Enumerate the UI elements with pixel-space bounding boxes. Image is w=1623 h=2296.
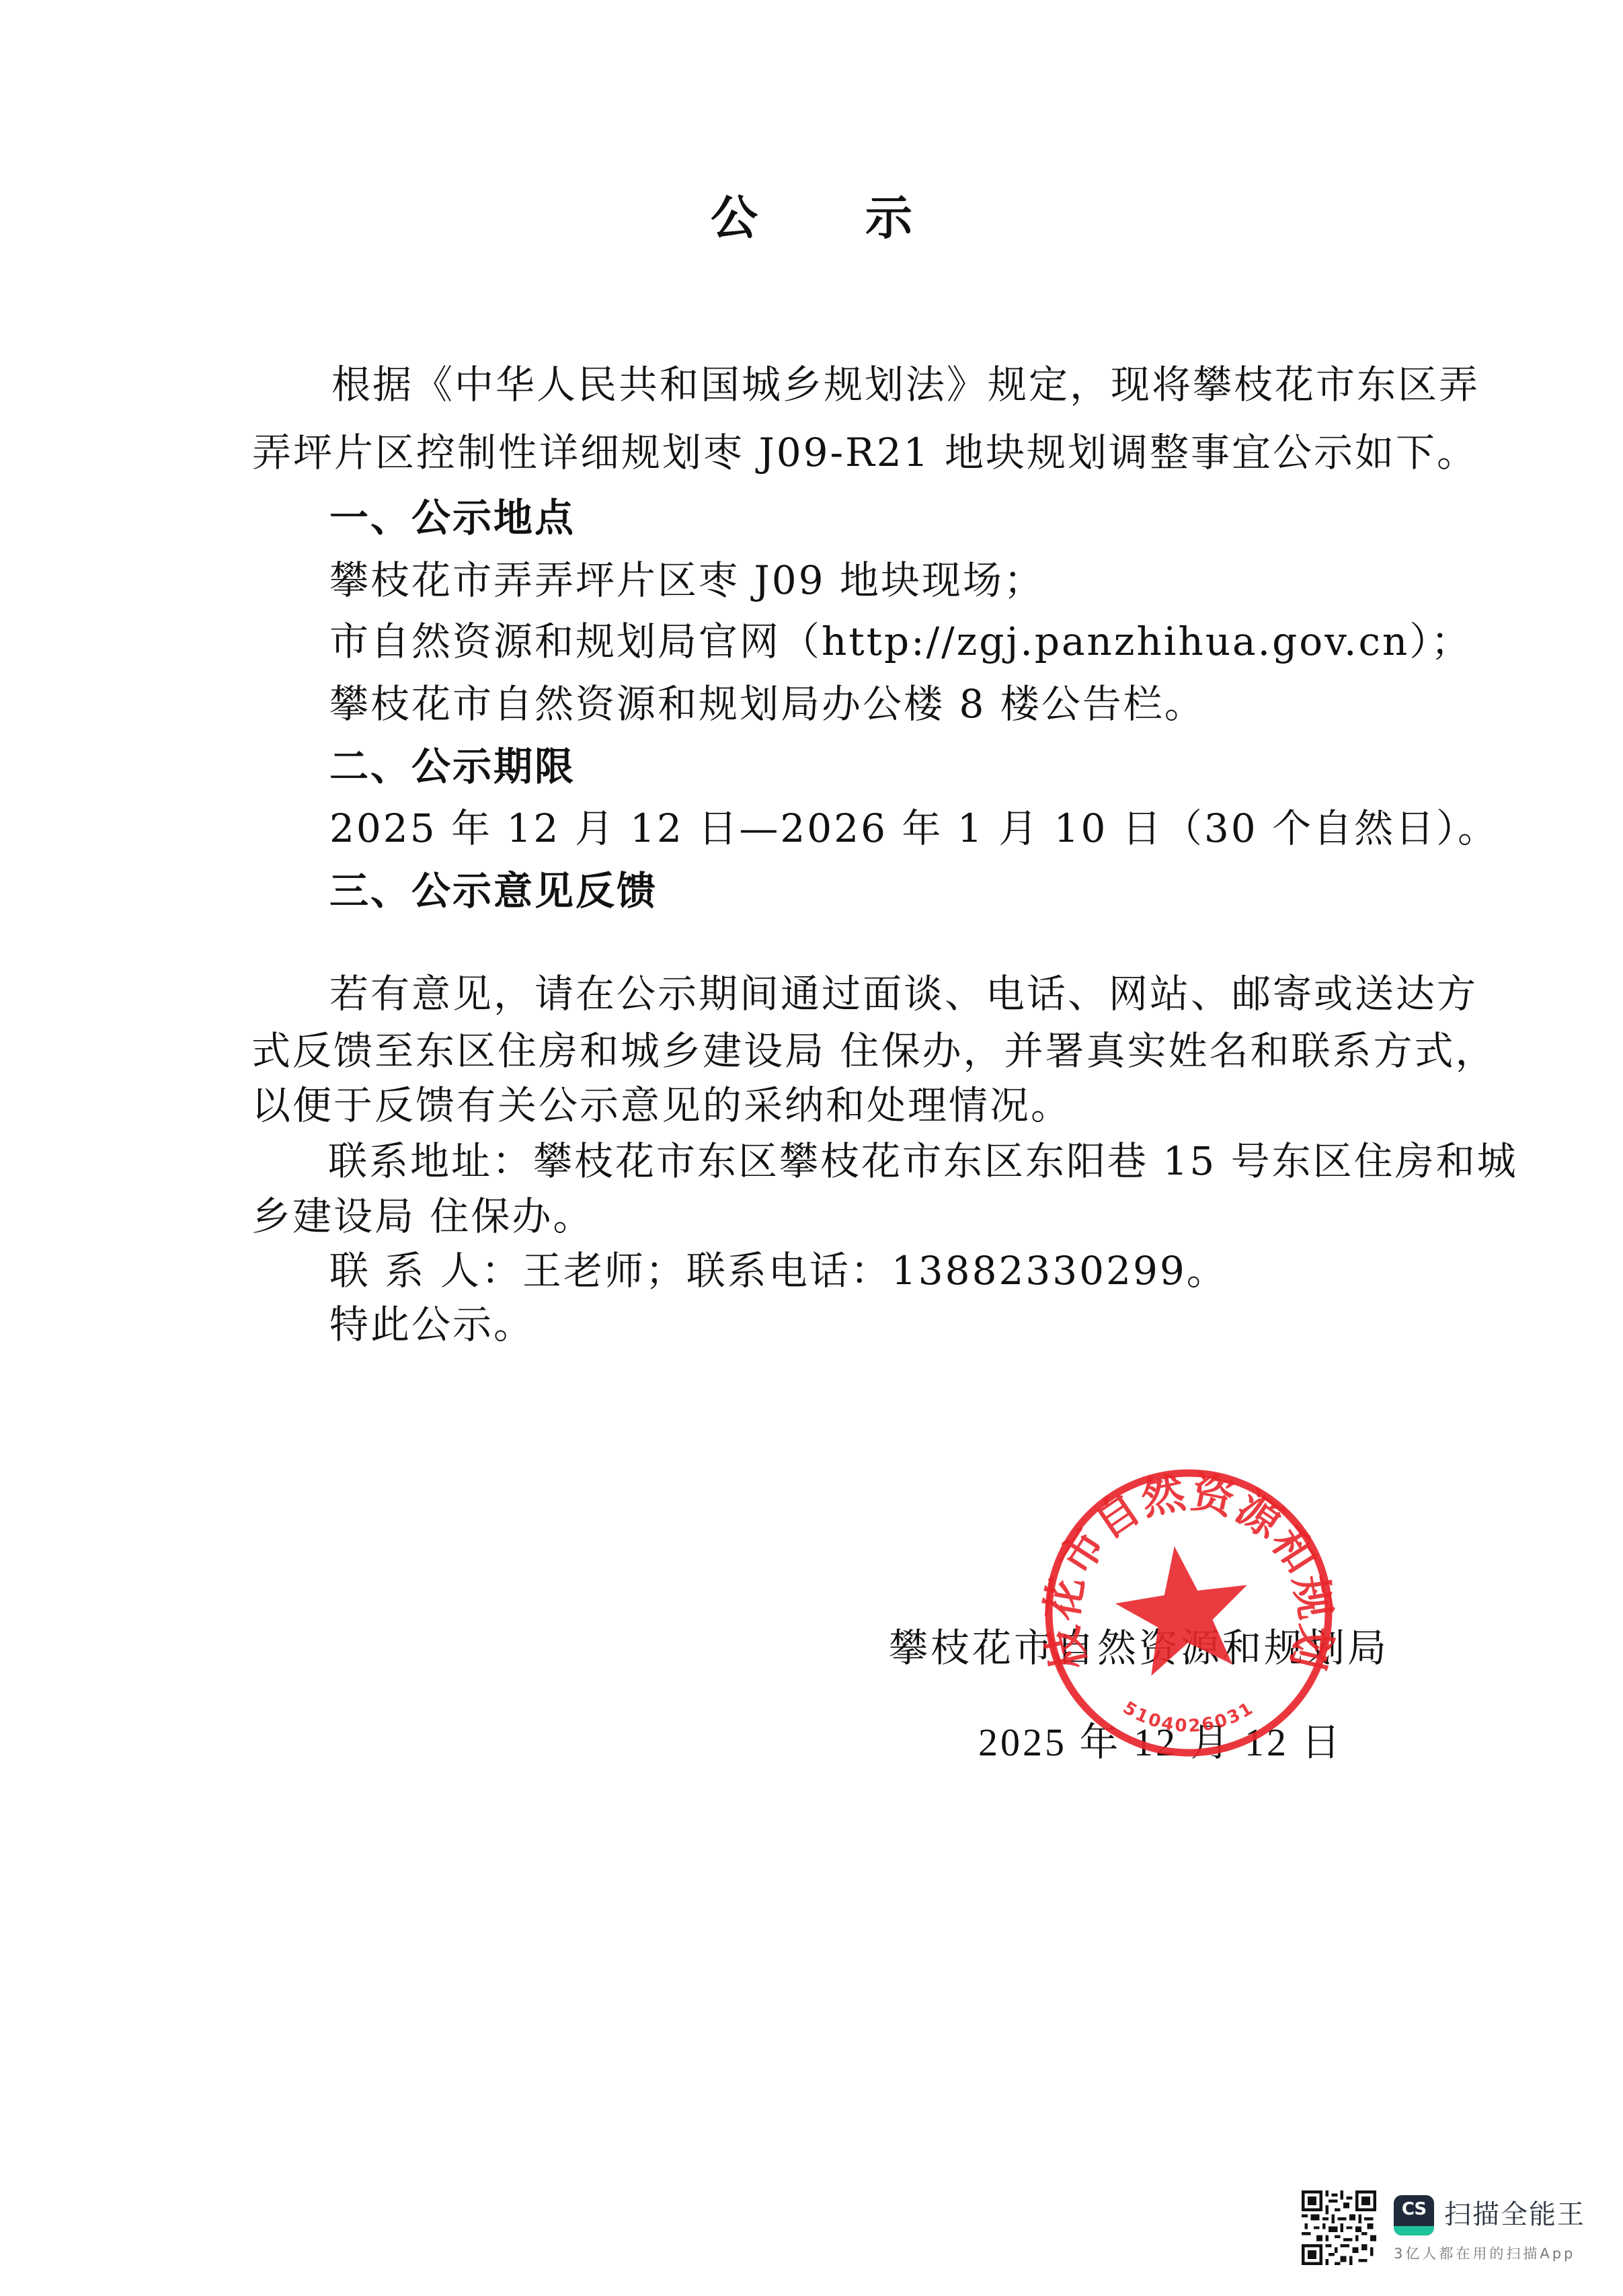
location-item-website: 市自然资源和规划局官网（http://zgj.panzhihua.gov.cn）… — [329, 618, 1472, 665]
location-item-bulletin-board: 攀枝花市自然资源和规划局办公楼 8 楼公告栏。 — [329, 680, 1205, 727]
section-heading-location: 一、公示地点 — [329, 494, 576, 541]
notice-page: 公示 根据《中华人民共和国城乡规划法》规定，现将攀枝花市东区弄 弄坪片区控制性详… — [0, 0, 1623, 2296]
signature-organization: 攀枝花市自然资源和规划局 — [889, 1625, 1389, 1672]
camscanner-logo: CS — [1394, 2195, 1434, 2235]
feedback-line-2: 式反馈至东区住房和城乡建设局 住保办，并署真实姓名和联系方式， — [251, 1027, 1496, 1074]
location-item-site: 攀枝花市弄弄坪片区枣 J09 地块现场； — [329, 557, 1045, 604]
signature-date: 2025 年 12 月 12 日 — [978, 1719, 1343, 1766]
section-heading-feedback: 三、公示意见反馈 — [329, 867, 658, 914]
camscanner-watermark: CS 扫描全能王 3亿人都在用的扫描App — [1302, 2190, 1584, 2266]
contact-address-line-1: 联系地址：攀枝花市东区攀枝花市东区东阳巷 15 号东区住房和城 — [328, 1138, 1518, 1185]
section-heading-period: 二、公示期限 — [329, 743, 576, 790]
camscanner-tagline: 3亿人都在用的扫描App — [1394, 2245, 1575, 2262]
period-dates: 2025 年 12 月 12 日—2026 年 1 月 10 日（30 个自然日… — [329, 805, 1499, 852]
closing-text: 特此公示。 — [329, 1301, 535, 1348]
qr-code-icon — [1302, 2190, 1376, 2265]
camscanner-app-name: 扫描全能王 — [1444, 2199, 1585, 2231]
official-seal: 攀枝花市自然资源和规划局 5104026031 — [1041, 1465, 1336, 1761]
feedback-line-3: 以便于反馈有关公示意见的采纳和处理情况。 — [251, 1082, 1072, 1129]
contact-address-line-2: 乡建设局 住保办。 — [251, 1193, 594, 1240]
contact-person-phone: 联 系 人：王老师；联系电话：13882330299。 — [329, 1247, 1228, 1294]
page-title: 公示 — [0, 192, 1623, 243]
intro-line-1: 根据《中华人民共和国城乡规划法》规定，现将攀枝花市东区弄 — [331, 361, 1480, 408]
intro-line-2: 弄坪片区控制性详细规划枣 J09-R21 地块规划调整事宜公示如下。 — [252, 429, 1478, 476]
feedback-line-1: 若有意见，请在公示期间通过面谈、电话、网站、邮寄或送达方 — [329, 970, 1478, 1017]
